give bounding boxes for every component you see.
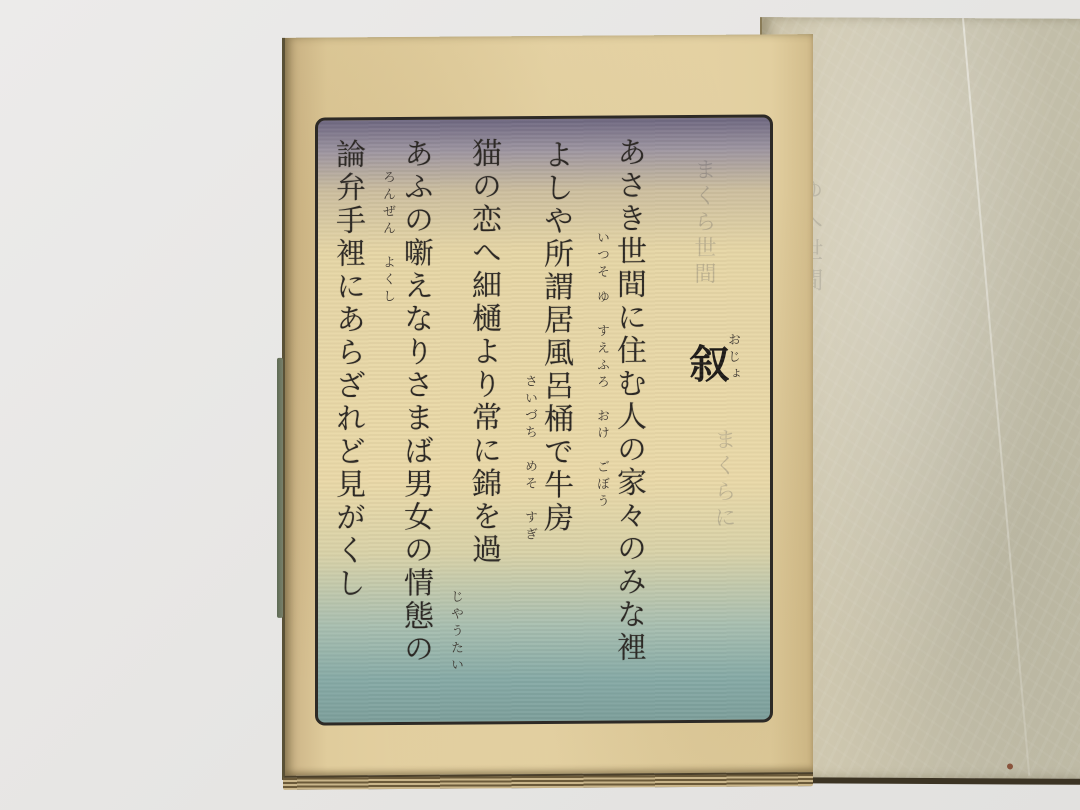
ruby-column-2: いつそ ゆ すえふろ おけ ごぼう xyxy=(592,231,611,711)
title-ruby: おじょ xyxy=(723,333,742,384)
foxing-stain xyxy=(1007,763,1013,769)
ruby-column-4: じやうたい xyxy=(446,590,465,710)
left-page-printed: まくら世間 まくらに おじょ 叙 あさき世間に住む人の家々のみな裡 いつそ ゆ … xyxy=(282,34,813,780)
ghost-text: まくら世間 xyxy=(688,158,719,288)
text-column-3: 猫の恋へ細樋より常に錦を過 xyxy=(468,137,498,717)
text-column-1: あさき世間に住む人の家々のみな裡 xyxy=(613,136,643,716)
ruby-column-5: ろんぜん よくし xyxy=(378,170,397,590)
ghost-text: まくらに xyxy=(708,428,739,532)
binding-thread xyxy=(277,358,283,618)
text-column-5: 論弁手裡にあらざれど見がくし xyxy=(332,138,362,718)
text-column-2: よしや所謂居風呂桶で牛房 xyxy=(540,139,570,699)
page-stack-edge xyxy=(283,774,813,790)
text-column-4: あふの噺えなりさまば男女の情態の xyxy=(400,138,430,718)
preface-title: 叙 xyxy=(678,343,735,383)
print-frame: まくら世間 まくらに おじょ 叙 あさき世間に住む人の家々のみな裡 いつそ ゆ … xyxy=(315,114,773,725)
ruby-column-3: さいづち めそ すぎ xyxy=(520,374,539,694)
